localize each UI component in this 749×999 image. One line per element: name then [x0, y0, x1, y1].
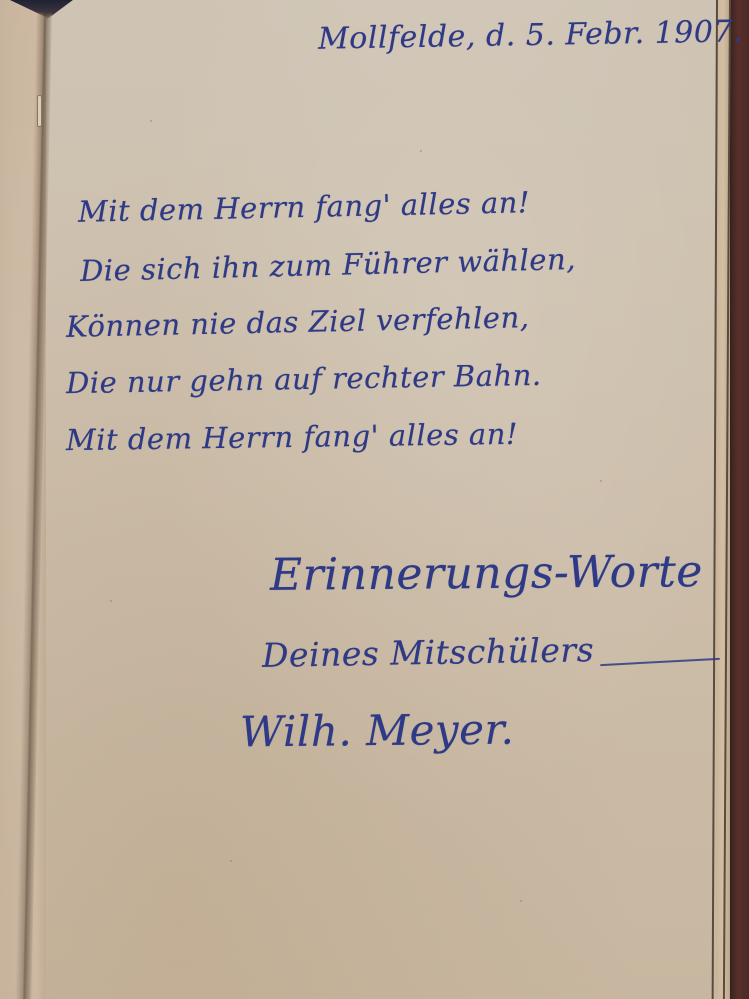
- signature: Wilh. Meyer.: [240, 705, 515, 757]
- paper-speckle: [420, 150, 422, 152]
- dedication-subtitle: Deines Mitschülers: [262, 630, 595, 675]
- album-page: [46, 0, 718, 999]
- paper-speckle: [110, 600, 112, 602]
- poem-line: Mit dem Herrn fang' alles an!: [66, 417, 518, 457]
- paper-speckle: [150, 120, 152, 122]
- book-cover: [731, 0, 749, 999]
- dedication-title: Erinnerungs-Worte: [270, 546, 703, 601]
- paper-speckle: [520, 900, 522, 902]
- binding-thread: [37, 95, 42, 127]
- paper-speckle: [230, 860, 232, 862]
- entry-date-line: Mollfelde, d. 5. Febr. 1907.: [318, 14, 744, 56]
- paper-speckle: [600, 480, 602, 482]
- photo-scene: Mollfelde, d. 5. Febr. 1907. Mit dem Her…: [0, 0, 749, 999]
